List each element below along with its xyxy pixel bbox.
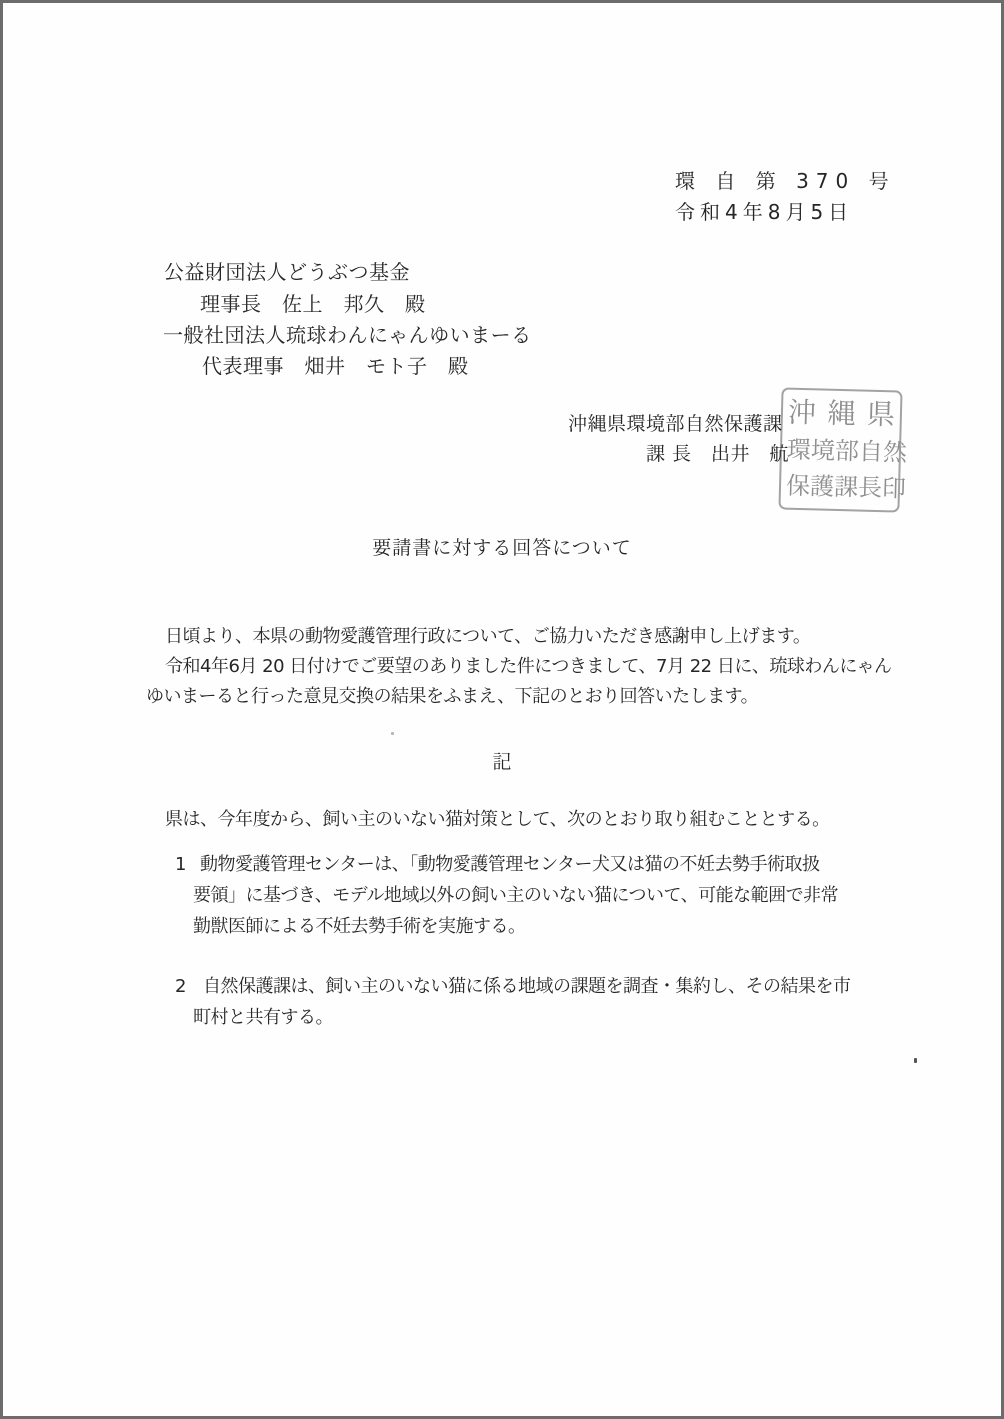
item-1-number: 1 xyxy=(175,853,186,877)
item-1-line-2: 要領」に基づき、モデル地域以外の飼い主のいない猫について、可能な範囲で非常 xyxy=(193,884,838,908)
doc-number: 環 自 第 370 号 xyxy=(675,169,896,193)
greeting-line-2: 令和4年6月 20 日付けでご要望のありました件につきまして、7月 22 日に、… xyxy=(165,655,891,679)
stamp-text-row-1: 沖縄県 xyxy=(787,395,895,434)
item-2-line-1: 自然保護課は、飼い主のいない猫に係る地域の課題を調査・集約し、その結果を市 xyxy=(203,975,851,999)
recipient-1-org: 公益財団法人どうぶつ基金 xyxy=(164,260,410,284)
issue-date: 令和4年8月5日 xyxy=(675,200,853,224)
sender-org: 沖縄県環境部自然保護課 xyxy=(568,412,783,436)
record-marker: 記 xyxy=(3,747,1001,774)
official-seal-stamp: 沖縄県 環境部自然 保護課長印 xyxy=(778,387,902,512)
recipient-1-person: 理事長 佐上 邦久 殿 xyxy=(200,292,426,316)
sender-person: 課 長 出井 航 xyxy=(646,442,789,466)
item-2-line-2: 町村と共有する。 xyxy=(193,1006,333,1030)
document-title: 要請書に対する回答について xyxy=(3,533,1001,560)
recipient-2-person: 代表理事 畑井 モト子 殿 xyxy=(202,354,469,378)
greeting-line-3: ゆいまーると行った意見交換の結果をふまえ、下記のとおり回答いたします。 xyxy=(146,685,758,709)
greeting-line-1: 日頃より、本県の動物愛護管理行政について、ご協力いただき感謝申し上げます。 xyxy=(165,625,810,649)
stamp-text-row-3: 保護課長印 xyxy=(786,468,894,507)
scan-artifact-speck xyxy=(391,732,394,735)
scan-artifact-speck xyxy=(914,1058,917,1063)
body-lead-sentence: 県は、今年度から、飼い主のいない猫対策として、次のとおり取り組むこととする。 xyxy=(165,808,830,832)
item-2-number: 2 xyxy=(175,975,186,999)
document-page: 環 自 第 370 号 令和4年8月5日 公益財団法人どうぶつ基金 理事長 佐上… xyxy=(0,0,1004,1419)
recipient-2-org: 一般社団法人琉球わんにゃんゆいまーる xyxy=(163,323,532,347)
item-1-line-1: 動物愛護管理センターは、「動物愛護管理センター犬又は猫の不妊去勢手術取扱 xyxy=(200,853,820,877)
item-1-line-3: 勤獣医師による不妊去勢手術を実施する。 xyxy=(193,915,526,939)
stamp-text-row-2: 環境部自然 xyxy=(787,431,895,470)
